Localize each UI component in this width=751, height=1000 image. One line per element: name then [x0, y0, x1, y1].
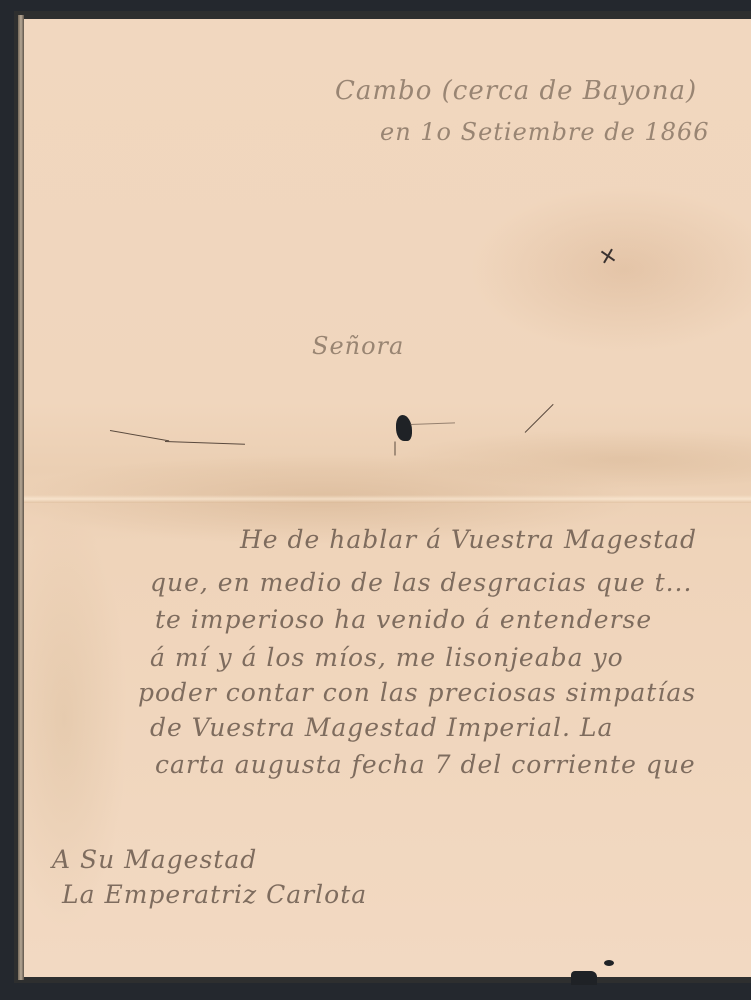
body-line: te imperioso ha venido á entenderse	[155, 605, 652, 634]
paper-hole	[604, 960, 614, 966]
addressee-line-1: A Su Magestad	[52, 845, 257, 874]
letter-place: Cambo (cerca de Bayona)	[335, 76, 697, 106]
body-line: carta augusta fecha 7 del corriente que	[155, 750, 696, 779]
crack	[395, 442, 396, 456]
salutation: Señora	[312, 332, 404, 360]
body-line: que, en medio de las desgracias que t...	[150, 568, 692, 597]
letter-date: en 1o Setiembre de 1866	[380, 118, 710, 146]
body-line: de Vuestra Magestad Imperial. La	[150, 713, 613, 742]
letter-page	[24, 19, 751, 977]
body-line: á mí y á los míos, me lisonjeaba yo	[150, 643, 624, 672]
fold-crease	[24, 495, 751, 503]
paper-tear	[571, 971, 597, 985]
paper-puncture	[600, 248, 616, 264]
body-line: He de hablar á Vuestra Magestad	[240, 525, 697, 554]
body-line: poder contar con las preciosas simpatías	[138, 678, 696, 707]
addressee-line-2: La Emperatriz Carlota	[62, 880, 367, 909]
